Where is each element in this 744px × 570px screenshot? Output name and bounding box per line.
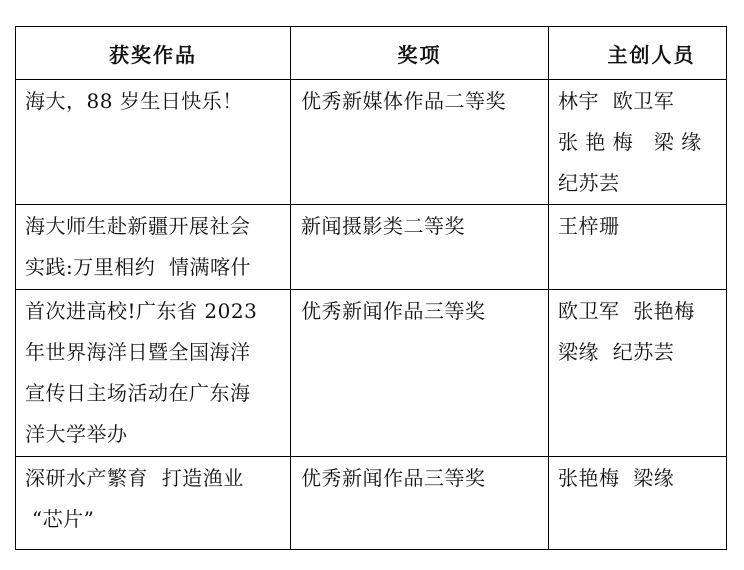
work-title-line: 宣传日主场活动在广东海 — [25, 373, 284, 414]
work-title-line: 实践:万里相约 情满喀什 — [25, 247, 284, 288]
author-line: 张艳梅 梁缘 — [558, 458, 722, 499]
work-title-line: 海大师生赴新疆开展社会 — [25, 206, 284, 247]
header-row: 获奖作品 奖项 主创人员 — [16, 27, 727, 80]
table-row: 海大师生赴新疆开展社会 实践:万里相约 情满喀什 新闻摄影类二等奖 王梓珊 — [16, 205, 727, 290]
work-title-line: 年世界海洋日暨全国海洋 — [25, 332, 284, 373]
header-award: 奖项 — [291, 27, 549, 80]
work-title-cell: 海大，88 岁生日快乐！ — [16, 80, 291, 205]
author-line: 欧卫军 张艳梅 — [558, 291, 722, 332]
award-text: 新闻摄影类二等奖 — [301, 206, 540, 247]
header-authors: 主创人员 — [549, 27, 727, 80]
authors-cell: 林宇 欧卫军 张 艳 梅 梁 缘 纪苏芸 — [549, 80, 727, 205]
author-line: 王梓珊 — [558, 206, 722, 247]
authors-cell: 王梓珊 — [549, 205, 727, 290]
table-row: 深研水产繁育 打造渔业 “芯片” 优秀新闻作品三等奖 张艳梅 梁缘 — [16, 457, 727, 550]
award-cell: 优秀新闻作品三等奖 — [291, 457, 549, 550]
authors-cell: 欧卫军 张艳梅 梁缘 纪苏芸 — [549, 290, 727, 457]
award-cell: 优秀新闻作品三等奖 — [291, 290, 549, 457]
award-text: 优秀新闻作品三等奖 — [301, 458, 540, 499]
award-cell: 优秀新媒体作品二等奖 — [291, 80, 549, 205]
author-line: 纪苏芸 — [558, 163, 722, 204]
award-cell: 新闻摄影类二等奖 — [291, 205, 549, 290]
table-row: 海大，88 岁生日快乐！ 优秀新媒体作品二等奖 林宇 欧卫军 张 艳 梅 梁 缘… — [16, 80, 727, 205]
award-text: 优秀新闻作品三等奖 — [301, 291, 540, 332]
award-text: 优秀新媒体作品二等奖 — [301, 81, 540, 122]
table-row: 首次进高校!广东省 2023 年世界海洋日暨全国海洋 宣传日主场活动在广东海 洋… — [16, 290, 727, 457]
work-title-line: 首次进高校!广东省 2023 — [25, 291, 284, 332]
work-title-cell: 深研水产繁育 打造渔业 “芯片” — [16, 457, 291, 550]
authors-cell: 张艳梅 梁缘 — [549, 457, 727, 550]
work-title-line: 海大，88 岁生日快乐！ — [25, 81, 284, 122]
header-works: 获奖作品 — [16, 27, 291, 80]
author-line: 林宇 欧卫军 — [558, 81, 722, 122]
work-title-line: “芯片” — [25, 499, 284, 540]
work-title-line: 深研水产繁育 打造渔业 — [25, 458, 284, 499]
author-line: 梁缘 纪苏芸 — [558, 332, 722, 373]
author-line: 张 艳 梅 梁 缘 — [558, 122, 722, 163]
awards-table: 获奖作品 奖项 主创人员 海大，88 岁生日快乐！ 优秀新媒体作品二等奖 林宇 … — [15, 26, 727, 550]
work-title-line: 洋大学举办 — [25, 414, 284, 455]
work-title-cell: 首次进高校!广东省 2023 年世界海洋日暨全国海洋 宣传日主场活动在广东海 洋… — [16, 290, 291, 457]
work-title-cell: 海大师生赴新疆开展社会 实践:万里相约 情满喀什 — [16, 205, 291, 290]
